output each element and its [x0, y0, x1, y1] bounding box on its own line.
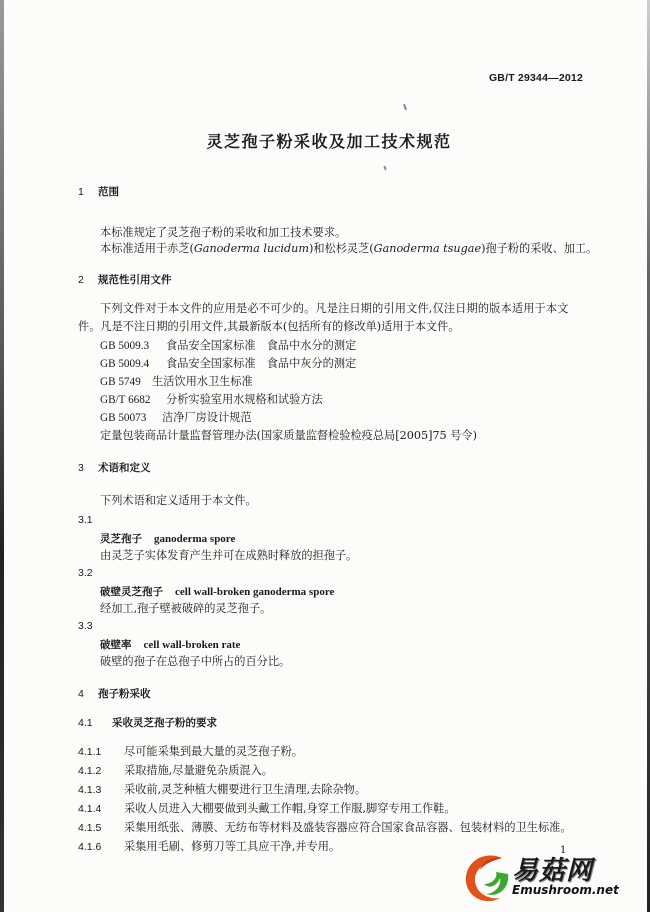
reference-item: GB 50073洁净厂房设计规范: [100, 411, 252, 425]
term-definition: 由灵芝子实体发育产生并可在成熟时释放的担孢子。: [100, 549, 357, 563]
subsection-heading-4-1: 4.1采收灵芝孢子粉的要求: [78, 716, 217, 730]
standard-code: GB/T 29344—2012: [448, 72, 583, 84]
term-number: 3.1: [78, 513, 93, 527]
watermark-logo: 易菇网 Emushroom.net: [462, 850, 638, 906]
paragraph: 下列术语和定义适用于本文件。: [100, 494, 257, 508]
paragraph: 件。凡是不注日期的引用文件,其最新版本(包括所有的修改单)适用于本文件。: [78, 320, 459, 334]
clause-item: 4.1.1尽可能采集到最大量的灵芝孢子粉。: [78, 745, 303, 759]
term-number: 3.3: [78, 619, 93, 633]
reference-item: GB 5009.3食品安全国家标准 食品中水分的测定: [100, 339, 356, 353]
latin-name: Ganoderma tsugae: [374, 242, 481, 255]
reference-item: GB 5009.4食品安全国家标准 食品中灰分的测定: [100, 357, 356, 371]
term-entry: 破壁灵芝孢子cell wall-broken ganoderma spore: [100, 584, 334, 599]
section-heading-1: 1范围: [78, 185, 119, 199]
clause-item: 4.1.2采取措施,尽量避免杂质混入。: [78, 764, 273, 778]
clause-item: 4.1.5采集用纸张、薄膜、无纺布等材料及盛装容器应符合国家食品容器、包装材料的…: [78, 821, 572, 835]
scan-speck: [383, 166, 386, 170]
paragraph: 本标准适用于赤芝(Ganoderma lucidum)和松杉灵芝(Ganoder…: [100, 242, 597, 256]
swirl-logo-icon: [462, 850, 514, 906]
document-title: 灵芝孢子粉采收及加工技术规范: [0, 129, 650, 152]
reference-item: GB 5749生活饮用水卫生标准: [100, 375, 253, 389]
reference-item: GB/T 6682分析实验室用水规格和试验方法: [100, 393, 323, 407]
paragraph: 本标准规定了灵芝孢子粉的采收和加工技术要求。: [100, 226, 346, 240]
term-number: 3.2: [78, 566, 93, 580]
latin-name: Ganoderma lucidum: [194, 242, 309, 255]
watermark-domain: Emushroom.net: [512, 883, 619, 897]
term-definition: 经加工,孢子壁被破碎的灵芝孢子。: [100, 602, 271, 616]
reference-item: 定量包装商品计量监督管理办法(国家质量监督检验检疫总局[2005]75 号令): [100, 429, 477, 443]
term-entry: 破壁率cell wall-broken rate: [100, 637, 240, 652]
section-heading-2: 2规范性引用文件: [78, 273, 172, 287]
paragraph: 下列文件对于本文件的应用是必不可少的。凡是注日期的引用文件,仅注日期的版本适用于…: [100, 302, 569, 316]
term-entry: 灵芝孢子ganoderma spore: [100, 531, 235, 546]
term-definition: 破壁的孢子在总孢子中所占的百分比。: [100, 655, 290, 669]
clause-item: 4.1.4采收人员进入大棚要做到头戴工作帽,身穿工作服,脚穿专用工作鞋。: [78, 802, 456, 816]
section-heading-3: 3术语和定义: [78, 461, 151, 475]
clause-item: 4.1.6采集用毛刷、修剪刀等工具应干净,并专用。: [78, 840, 340, 854]
scan-speck: [403, 104, 407, 110]
clause-item: 4.1.3采收前,灵芝种植大棚要进行卫生清理,去除杂物。: [78, 783, 366, 797]
watermark-name: 易菇网: [512, 850, 593, 887]
section-heading-4: 4孢子粉采收: [78, 687, 151, 701]
